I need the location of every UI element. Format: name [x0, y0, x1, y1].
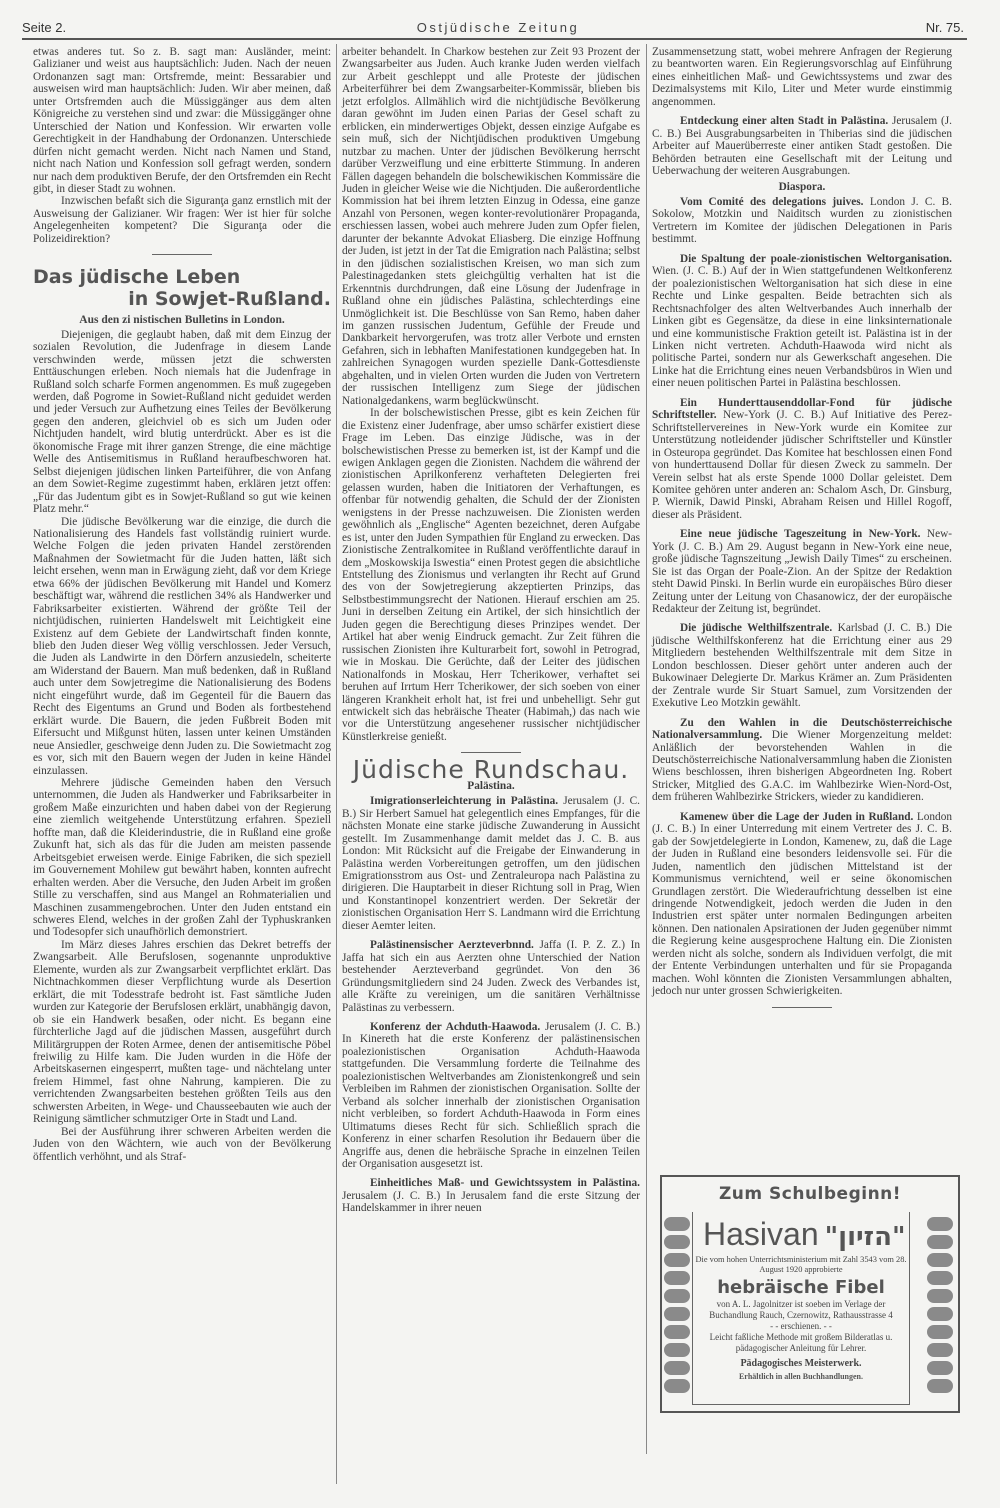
news-item: Zu den Wahlen in die Deutschösterreichis…	[652, 717, 952, 804]
column-divider	[646, 44, 647, 1454]
region-heading: Diaspora.	[652, 181, 952, 193]
article-paragraph: Mehrere jüdische Gemeinden haben den Ver…	[33, 777, 331, 939]
news-item: Ein Hunderttausenddollar-Fond für jüdisc…	[652, 397, 952, 522]
news-item: Vom Comité des delegations juives. Londo…	[652, 196, 952, 246]
ad-product-hebrew: "הזיון"	[825, 1222, 906, 1252]
article-paragraph: Inzwischen befaßt sich die Siguranţa gan…	[33, 195, 331, 245]
news-item: Entdeckung einer alten Stadt in Palästin…	[652, 115, 952, 177]
ad-publisher: - - erschienen. - -	[693, 1321, 909, 1332]
ad-publisher: Buchandlung Rauch, Czernowitz, Rathausst…	[693, 1310, 909, 1321]
ad-approval: Die vom hohen Unterrichtsministerium mit…	[693, 1255, 909, 1275]
advertisement-box: Zum Schulbeginn! Hasivan"הזיון" Die vom …	[660, 1175, 960, 1413]
ad-method: Leicht faßliche Methode mit großem Bilde…	[693, 1332, 909, 1354]
ad-headline: Zum Schulbeginn!	[662, 1184, 958, 1204]
ad-masterwork: Pädagogisches Meisterwerk.	[693, 1358, 909, 1369]
ad-title: hebräische Fibel	[693, 1277, 909, 1298]
news-item: Imigrationserleichterung in Palästina. J…	[342, 795, 640, 932]
news-item: Palästinensischer Aerzteverbnnd. Jaffa (…	[342, 939, 640, 1014]
issue-number: Nr. 75.	[926, 20, 964, 35]
news-item: Die jüdische Welthilfszentrale. Karlsbad…	[652, 622, 952, 709]
article-paragraph: etwas anderes tut. So z. B. sagt man: Au…	[33, 46, 331, 195]
article-paragraph: Die jüdische Bevölkerung war die einzige…	[33, 516, 331, 778]
news-item: Konferenz der Achduth-Haawoda. Jerusalem…	[342, 1021, 640, 1170]
column-1: etwas anderes tut. So z. B. sagt man: Au…	[33, 46, 331, 1163]
newspaper-page: Seite 2. Ostjüdische Zeitung Nr. 75. etw…	[0, 0, 1000, 1508]
ad-availability: Erhältlich in allen Buchhandlungen.	[693, 1372, 909, 1381]
separator	[772, 1007, 832, 1008]
article-paragraph: arbeiter behandelt. In Charkow bestehen …	[342, 46, 640, 407]
news-item: Kamenew über die Lage der Juden in Rußla…	[652, 811, 952, 998]
article-paragraph: In der bolschewistischen Presse, gibt es…	[342, 407, 640, 743]
newspaper-title: Ostjüdische Zeitung	[22, 20, 974, 35]
separator	[152, 254, 212, 255]
separator	[461, 752, 521, 753]
news-item: Die Spaltung der poale-zionistischen Wel…	[652, 253, 952, 390]
header-rule	[22, 38, 967, 40]
column-divider	[336, 44, 337, 1484]
ad-publisher: von A. L. Jagolnitzer ist soeben im Verl…	[693, 1299, 909, 1310]
article-paragraph: Bei der Ausführung ihrer schweren Arbeit…	[33, 1126, 331, 1163]
news-item: Einheitliches Maß- und Gewichtssystem in…	[342, 1177, 640, 1214]
news-item: Eine neue jüdische Tageszeitung in New-Y…	[652, 528, 952, 615]
ad-product-name: Hasivan"הזיון"	[703, 1216, 909, 1255]
article-paragraph: Diejenigen, die geglaubt haben, daß mit …	[33, 329, 331, 516]
page-header: Seite 2. Ostjüdische Zeitung Nr. 75.	[22, 18, 974, 40]
column-3: Zusammensetzung statt, wobei mehrere Anf…	[652, 46, 952, 1019]
article-subheadline: Aus den zi nistischen Bulletins in Londo…	[33, 314, 331, 326]
ad-inner-panel: Hasivan"הזיון" Die vom hohen Unterrichts…	[692, 1212, 910, 1405]
article-headline: Das jüdische Leben in Sowjet-Rußland.	[33, 266, 331, 310]
article-paragraph: Im März dieses Jahres erschien das Dekre…	[33, 939, 331, 1126]
article-paragraph: Zusammensetzung statt, wobei mehrere Anf…	[652, 46, 952, 108]
column-2: arbeiter behandelt. In Charkow bestehen …	[342, 46, 640, 1215]
section-title: Jüdische Rundschau.	[342, 764, 640, 776]
